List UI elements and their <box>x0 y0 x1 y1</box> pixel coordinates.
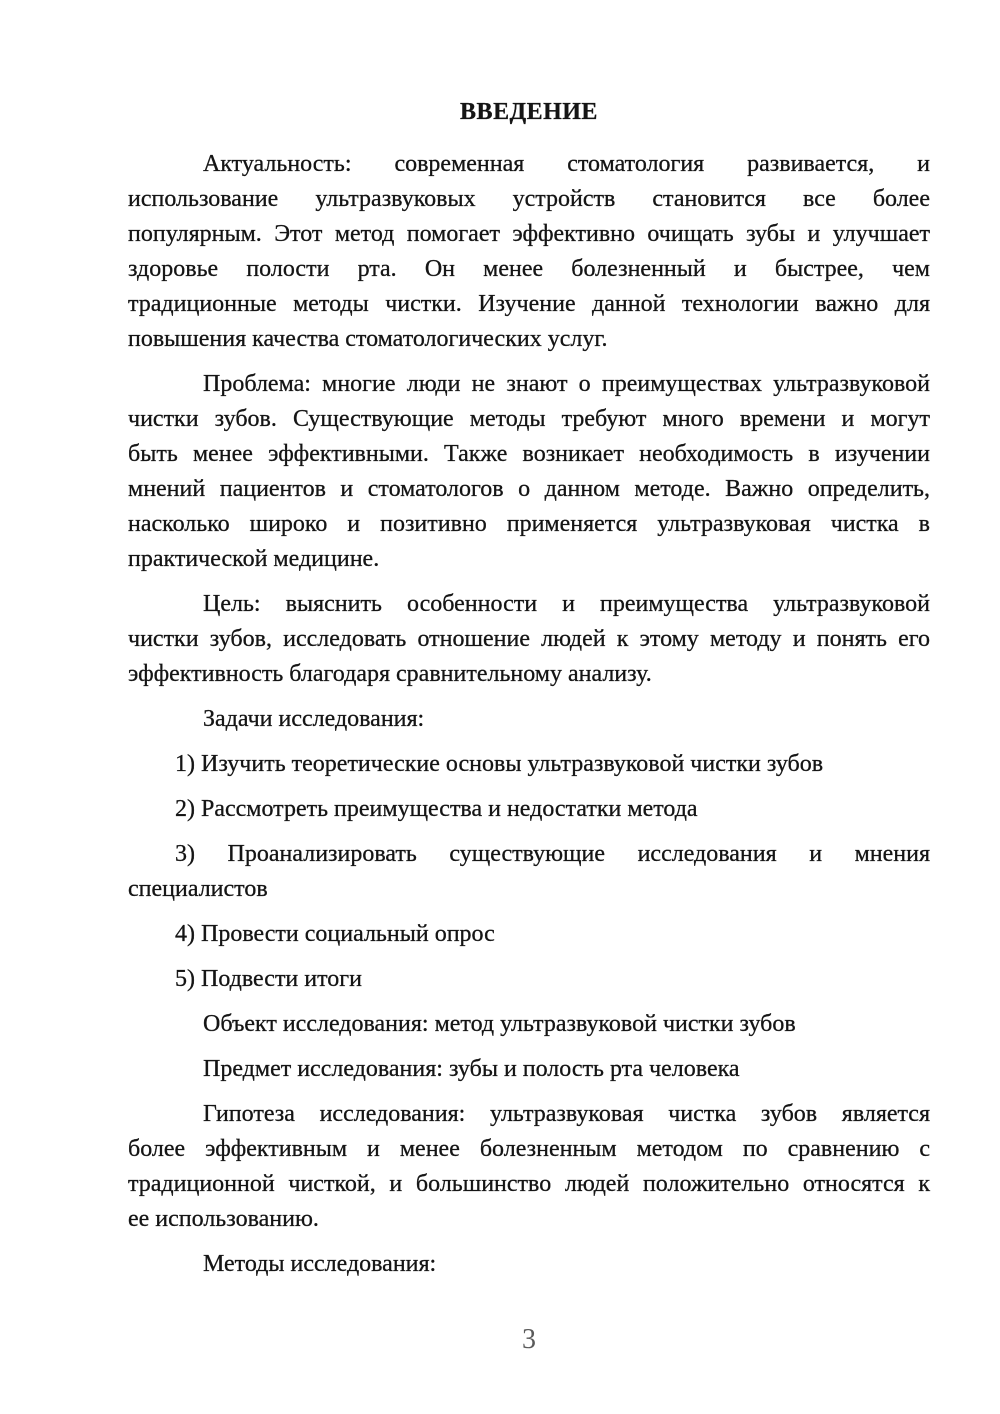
text-line: повышения качества стоматологических усл… <box>128 322 930 357</box>
paragraph-tsel: Цель: выяснить особенности и преимуществ… <box>128 587 930 692</box>
list-item-4: 4) Провести социальный опрос <box>128 917 930 952</box>
list-item-5: 5) Подвести итоги <box>128 962 930 997</box>
text-line: 5) Подвести итоги <box>128 962 930 997</box>
list-item-3: 3) Проанализировать существующие исследо… <box>128 837 930 907</box>
text-line: 4) Провести социальный опрос <box>128 917 930 952</box>
text-line: Предмет исследования: зубы и полость рта… <box>128 1052 930 1087</box>
text-line: практической медицине. <box>128 542 930 577</box>
paragraph-gipoteza: Гипотеза исследования: ультразвуковая чи… <box>128 1097 930 1237</box>
document-content: ВВЕДЕНИЕ Актуальность: современная стома… <box>128 95 930 1292</box>
paragraph-aktualnost: Актуальность: современная стоматология р… <box>128 147 930 357</box>
text-line: мнений пациентов и стоматологов о данном… <box>128 472 930 507</box>
text-line: традиционные методы чистки. Изучение дан… <box>128 287 930 322</box>
paragraph-obekt: Объект исследования: метод ультразвуково… <box>128 1007 930 1042</box>
document-body: Актуальность: современная стоматология р… <box>128 147 930 1282</box>
text-line: 2) Рассмотреть преимущества и недостатки… <box>128 792 930 827</box>
text-line: чистки зубов. Существующие методы требую… <box>128 402 930 437</box>
text-line: Актуальность: современная стоматология р… <box>128 147 930 182</box>
text-line: здоровье полости рта. Он менее болезненн… <box>128 252 930 287</box>
text-line: Методы исследования: <box>128 1247 930 1282</box>
text-line: 1) Изучить теоретические основы ультразв… <box>128 747 930 782</box>
text-line: более эффективным и менее болезненным ме… <box>128 1132 930 1167</box>
paragraph-zadachi-heading: Задачи исследования: <box>128 702 930 737</box>
text-line: Цель: выяснить особенности и преимуществ… <box>128 587 930 622</box>
text-line: Задачи исследования: <box>128 702 930 737</box>
text-line: специалистов <box>128 872 930 907</box>
text-line: Проблема: многие люди не знают о преимущ… <box>128 367 930 402</box>
page-number: 3 <box>128 1322 930 1357</box>
text-line: чистки зубов, исследовать отношение люде… <box>128 622 930 657</box>
text-line: насколько широко и позитивно применяется… <box>128 507 930 542</box>
list-item-1: 1) Изучить теоретические основы ультразв… <box>128 747 930 782</box>
text-line: Гипотеза исследования: ультразвуковая чи… <box>128 1097 930 1132</box>
paragraph-predmet: Предмет исследования: зубы и полость рта… <box>128 1052 930 1087</box>
text-line: Объект исследования: метод ультразвуково… <box>128 1007 930 1042</box>
list-item-2: 2) Рассмотреть преимущества и недостатки… <box>128 792 930 827</box>
text-line: использование ультразвуковых устройств с… <box>128 182 930 217</box>
document-page: ВВЕДЕНИЕ Актуальность: современная стома… <box>0 0 1000 1414</box>
text-line: популярным. Этот метод помогает эффектив… <box>128 217 930 252</box>
text-line: традиционной чисткой, и большинство люде… <box>128 1167 930 1202</box>
text-line: 3) Проанализировать существующие исследо… <box>128 837 930 872</box>
paragraph-problema: Проблема: многие люди не знают о преимущ… <box>128 367 930 577</box>
page-title: ВВЕДЕНИЕ <box>128 95 930 130</box>
paragraph-metody: Методы исследования: <box>128 1247 930 1282</box>
text-line: быть менее эффективными. Также возникает… <box>128 437 930 472</box>
text-line: ее использованию. <box>128 1202 930 1237</box>
text-line: эффективность благодаря сравнительному а… <box>128 657 930 692</box>
